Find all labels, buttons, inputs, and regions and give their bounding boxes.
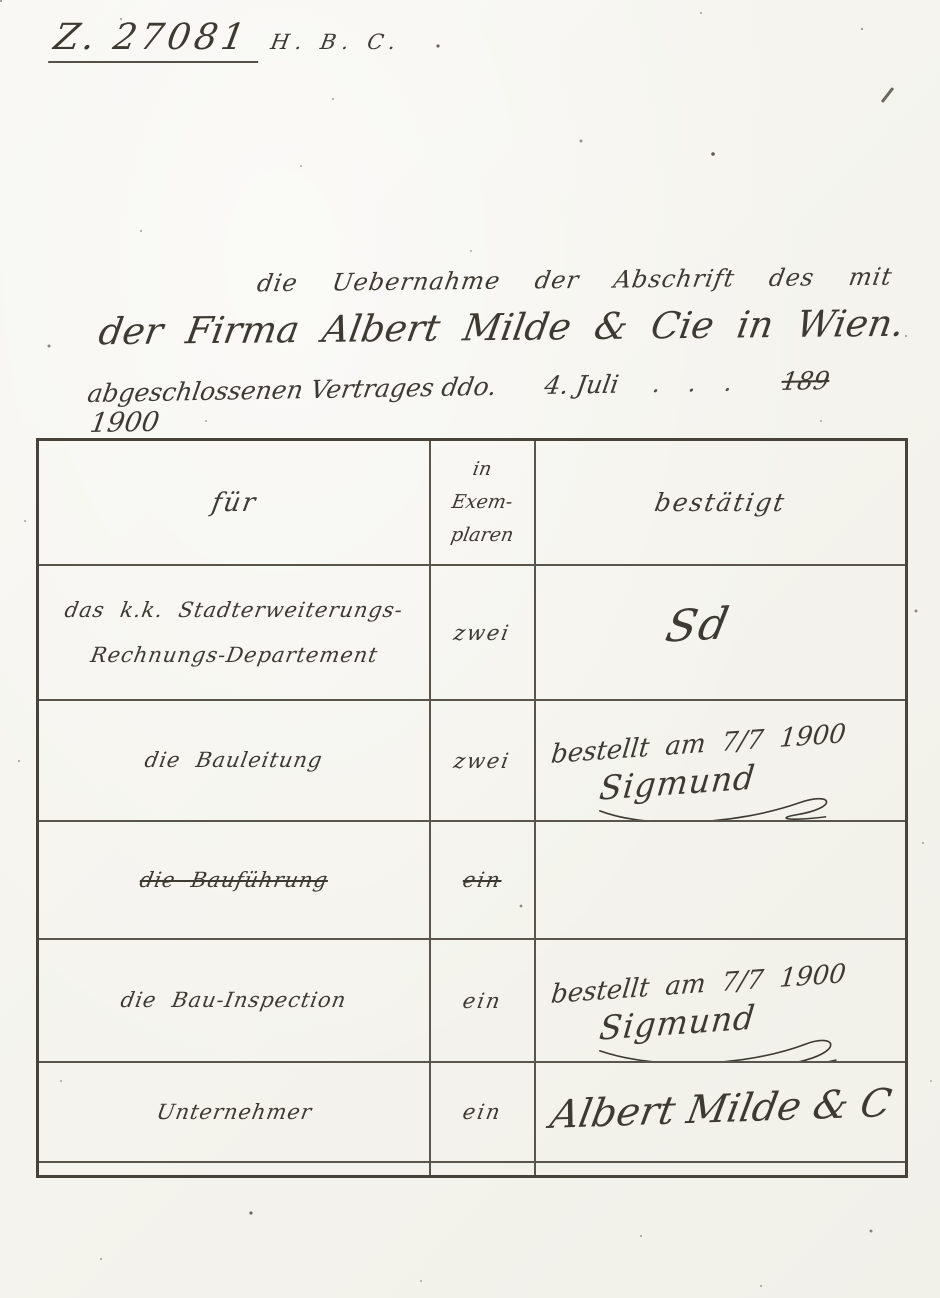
copies-value: ein xyxy=(461,1100,504,1124)
recipient-text-struck: die Bauführung xyxy=(136,858,332,902)
table-row-3-copies: ein xyxy=(431,822,536,940)
reference-initials: H. B. C. xyxy=(269,30,404,54)
table-row-5-confirmation: Albert Milde & C xyxy=(536,1063,905,1163)
stray-mark xyxy=(881,87,894,103)
copies-value: zwei xyxy=(452,749,512,773)
table-row-4-copies: ein xyxy=(431,940,536,1063)
header-recipient-cell: für xyxy=(39,441,431,566)
table-row-5-copies: ein xyxy=(431,1063,536,1163)
table-row-3-confirmation xyxy=(536,822,905,940)
header-confirmed-cell: bestätigt xyxy=(536,441,905,566)
recipient-text: Rechnungs-Departement xyxy=(87,633,382,677)
confirmation-note: bestellt am 7/7 1900 Sigmund xyxy=(536,949,905,1052)
table-footer-strip xyxy=(431,1163,536,1175)
signature-sd: Sd xyxy=(662,598,735,652)
heading-year: 1900 xyxy=(88,407,162,439)
copies-value-struck: ein xyxy=(461,868,504,892)
copies-value: ein xyxy=(461,989,504,1013)
paper-speckles xyxy=(0,0,2,2)
table-row-1-confirmation: Sd xyxy=(536,566,905,701)
table-row-2-confirmation: bestellt am 7/7 1900 Sigmund xyxy=(536,701,905,822)
table-row-4-confirmation: bestellt am 7/7 1900 Sigmund xyxy=(536,940,905,1063)
table-footer-strip xyxy=(39,1163,431,1175)
table-row-2-copies: zwei xyxy=(431,701,536,822)
table-row-4-recipient: die Bau-Inspection xyxy=(39,940,431,1063)
copies-value: zwei xyxy=(452,621,512,645)
recipient-text: die Bauleitung xyxy=(141,738,326,782)
reference-number: Z. 27081 xyxy=(48,18,266,63)
heading-dots: . . . xyxy=(650,368,744,399)
table-row-2-recipient: die Bauleitung xyxy=(39,701,431,822)
document-page: Z. 27081 H. B. C. die Uebernahme der Abs… xyxy=(0,0,940,1298)
heading-line-2: der Firma Albert Milde & Cie in Wien. xyxy=(96,302,908,353)
recipient-text: die Bau-Inspection xyxy=(117,978,350,1022)
header-recipient-label: für xyxy=(209,488,259,518)
table-footer-strip xyxy=(536,1163,905,1175)
header-copies-line2: Exem- xyxy=(449,486,515,519)
recipient-text: Unternehmer xyxy=(153,1090,316,1134)
table-row-5-recipient: Unternehmer xyxy=(39,1063,431,1163)
heading-date: 4. Juli xyxy=(542,370,621,400)
reference-block: Z. 27081 H. B. C. xyxy=(52,18,401,63)
confirmation-note: bestellt am 7/7 1900 Sigmund xyxy=(536,709,905,812)
header-copies-line1: in xyxy=(470,453,494,486)
table-row-1-copies: zwei xyxy=(431,566,536,701)
heading-contract-text: abgeschlossenen Vertrages ddo. xyxy=(85,372,498,408)
table-row-3-recipient: die Bauführung xyxy=(39,822,431,940)
heading-year-struck: 189 xyxy=(780,366,832,396)
heading-line-3: abgeschlossenen Vertrages ddo.4. Juli. .… xyxy=(88,365,889,439)
signature-albert-milde: Albert Milde & C xyxy=(547,1081,895,1138)
recipient-text: das k.k. Stadterweiterungs- xyxy=(61,588,407,632)
distribution-table: für in Exem- plaren bestätigt das k.k. S… xyxy=(36,438,908,1178)
table-row-1-recipient: das k.k. Stadterweiterungs- Rechnungs-De… xyxy=(39,566,431,701)
header-copies-cell: in Exem- plaren xyxy=(431,441,536,566)
header-copies-line3: plaren xyxy=(448,519,516,552)
heading-line-1: die Uebernahme der Abschrift des mit xyxy=(255,263,894,298)
header-confirmed-label: bestätigt xyxy=(653,488,789,517)
